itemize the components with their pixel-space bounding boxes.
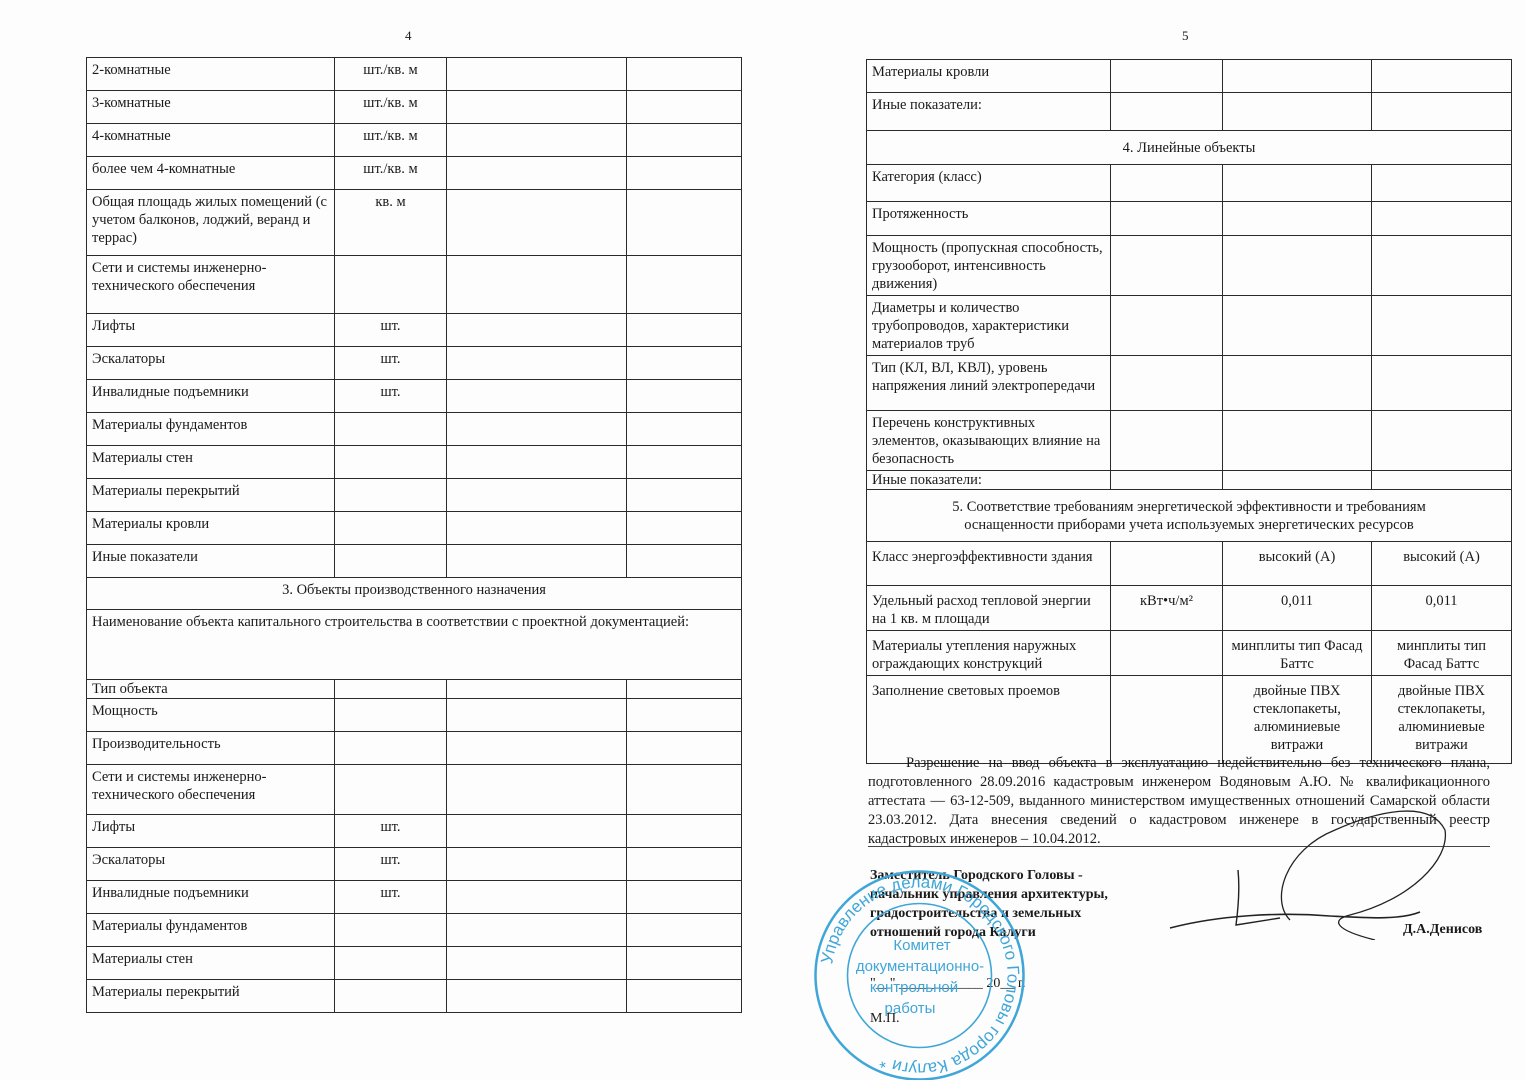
actual-value [627, 947, 742, 980]
actual-value [1372, 296, 1512, 356]
project-value: 0,011 [1223, 586, 1372, 631]
actual-value: высокий (А) [1372, 542, 1512, 586]
project-value [1223, 411, 1372, 471]
svg-text:Комитет: Комитет [893, 937, 950, 954]
project-value [447, 157, 627, 190]
row-unit: шт. [335, 881, 447, 914]
row-label: Сети и системы инженерно-технического об… [87, 765, 335, 815]
table-row: 3-комнатные шт./кв. м [87, 91, 742, 124]
actual-value [627, 680, 742, 699]
row-label: Инвалидные подъемники [87, 881, 335, 914]
table-row: Иные показатели [87, 545, 742, 578]
table-row: Материалы фундаментов [87, 914, 742, 947]
project-value [447, 848, 627, 881]
row-label: Материалы стен [87, 446, 335, 479]
row-label: Материалы фундаментов [87, 413, 335, 446]
project-value [447, 190, 627, 256]
table-row: Лифты шт. [87, 314, 742, 347]
row-label: Производительность [87, 732, 335, 765]
row-unit: шт./кв. м [335, 157, 447, 190]
table-row: Сети и системы инженерно-технического об… [87, 765, 742, 815]
row-unit: кВт•ч/м² [1111, 586, 1223, 631]
row-unit: шт./кв. м [335, 58, 447, 91]
actual-value [627, 699, 742, 732]
project-value [447, 699, 627, 732]
actual-value [1372, 93, 1512, 131]
actual-value [1372, 202, 1512, 236]
actual-value [627, 347, 742, 380]
actual-value [627, 881, 742, 914]
project-value [447, 256, 627, 314]
project-value [447, 545, 627, 578]
actual-value: двойные ПВХ стеклопакеты, алюминиевые ви… [1372, 676, 1512, 764]
row-label: Тип (КЛ, ВЛ, КВЛ), уровень напряжения ли… [867, 356, 1111, 411]
project-value [447, 479, 627, 512]
actual-value [1372, 356, 1512, 411]
project-value [447, 91, 627, 124]
section-4-title: 4. Линейные объекты [867, 131, 1512, 165]
row-unit [1111, 236, 1223, 296]
section-header-row: 5. Соответствие требованиям энергетическ… [867, 490, 1512, 542]
actual-value [627, 314, 742, 347]
actual-value [627, 980, 742, 1013]
row-unit: шт. [335, 347, 447, 380]
row-unit [335, 914, 447, 947]
actual-value [1372, 60, 1512, 93]
row-unit [1111, 676, 1223, 764]
row-unit [335, 256, 447, 314]
row-unit [1111, 202, 1223, 236]
table-row: Иные показатели: [867, 93, 1512, 131]
table-row: Удельный расход тепловой энергии на 1 кв… [867, 586, 1512, 631]
actual-value [627, 446, 742, 479]
table-row: Материалы кровли [87, 512, 742, 545]
row-label: Удельный расход тепловой энергии на 1 кв… [867, 586, 1111, 631]
project-value [1223, 471, 1372, 490]
section-5-title: 5. Соответствие требованиям энергетическ… [867, 490, 1512, 542]
actual-value [627, 765, 742, 815]
row-unit [335, 947, 447, 980]
row-label: Мощность [87, 699, 335, 732]
table-row: Класс энергоэффективности здания высокий… [867, 542, 1512, 586]
row-label: Заполнение световых проемов [867, 676, 1111, 764]
actual-value [1372, 411, 1512, 471]
table-row: Производительность [87, 732, 742, 765]
section-header-row: 4. Линейные объекты [867, 131, 1512, 165]
row-label: Общая площадь жилых помещений (с учетом … [87, 190, 335, 256]
project-value [1223, 202, 1372, 236]
row-label: Сети и системы инженерно-технического об… [87, 256, 335, 314]
project-value [447, 347, 627, 380]
row-label: Материалы перекрытий [87, 980, 335, 1013]
row-unit [335, 446, 447, 479]
project-value [447, 732, 627, 765]
table-row: Материалы утепления наружных ограждающих… [867, 631, 1512, 676]
table-row: Инвалидные подъемники шт. [87, 380, 742, 413]
project-value: высокий (А) [1223, 542, 1372, 586]
actual-value [1372, 236, 1512, 296]
row-label: более чем 4-комнатные [87, 157, 335, 190]
actual-value [627, 732, 742, 765]
row-unit: шт. [335, 848, 447, 881]
actual-value [627, 58, 742, 91]
project-value [447, 58, 627, 91]
svg-text:документационно-: документационно- [856, 958, 984, 975]
row-unit [335, 980, 447, 1013]
row-unit: шт./кв. м [335, 124, 447, 157]
actual-value [1372, 165, 1512, 202]
table-row: Материалы перекрытий [87, 980, 742, 1013]
page-number: 4 [405, 28, 412, 44]
table-row: Эскалаторы шт. [87, 347, 742, 380]
project-value [447, 380, 627, 413]
table-row: Инвалидные подъемники шт. [87, 881, 742, 914]
actual-value [627, 914, 742, 947]
row-unit [1111, 471, 1223, 490]
row-label: 4-комнатные [87, 124, 335, 157]
row-label: Категория (класс) [867, 165, 1111, 202]
svg-text:работы: работы [885, 1000, 936, 1017]
project-value [447, 765, 627, 815]
project-value [447, 413, 627, 446]
project-value [1223, 93, 1372, 131]
section-header-row: 3. Объекты производственного назначения [87, 578, 742, 610]
row-unit: шт. [335, 815, 447, 848]
table-row: Протяженность [867, 202, 1512, 236]
table-row: Сети и системы инженерно-технического об… [87, 256, 742, 314]
table-row: Материалы стен [87, 947, 742, 980]
project-value [447, 512, 627, 545]
project-value [1223, 165, 1372, 202]
table-row: Диаметры и количество трубопроводов, хар… [867, 296, 1512, 356]
row-label: Лифты [87, 815, 335, 848]
row-unit [1111, 93, 1223, 131]
row-label: Эскалаторы [87, 848, 335, 881]
project-value: минплиты тип Фасад Баттс [1223, 631, 1372, 676]
actual-value [627, 91, 742, 124]
actual-value [627, 256, 742, 314]
row-unit [335, 413, 447, 446]
row-label: 2-комнатные [87, 58, 335, 91]
actual-value [627, 848, 742, 881]
project-value [1223, 236, 1372, 296]
project-value [447, 980, 627, 1013]
actual-value [627, 545, 742, 578]
table-row: более чем 4-комнатные шт./кв. м [87, 157, 742, 190]
row-unit [335, 765, 447, 815]
row-unit [1111, 631, 1223, 676]
row-unit: шт. [335, 314, 447, 347]
table-row: Материалы стен [87, 446, 742, 479]
row-label: Тип объекта [87, 680, 335, 699]
row-unit [1111, 165, 1223, 202]
table-row: Эскалаторы шт. [87, 848, 742, 881]
row-label: Иные показатели [87, 545, 335, 578]
signature-icon [1160, 790, 1460, 940]
table-row: Заполнение световых проемов двойные ПВХ … [867, 676, 1512, 764]
row-unit [335, 699, 447, 732]
project-value [1223, 296, 1372, 356]
actual-value [1372, 471, 1512, 490]
project-value [447, 881, 627, 914]
row-unit [1111, 356, 1223, 411]
table-row: Перечень конструктивных элементов, оказы… [867, 411, 1512, 471]
row-label: Материалы утепления наружных ограждающих… [867, 631, 1111, 676]
svg-text:контрольной: контрольной [870, 979, 958, 996]
table-row: Материалы фундаментов [87, 413, 742, 446]
row-label: Протяженность [867, 202, 1111, 236]
actual-value [627, 512, 742, 545]
row-label: Материалы перекрытий [87, 479, 335, 512]
actual-value [627, 413, 742, 446]
table-row: Категория (класс) [867, 165, 1512, 202]
table-row: Общая площадь жилых помещений (с учетом … [87, 190, 742, 256]
row-unit [335, 680, 447, 699]
row-label: Перечень конструктивных элементов, оказы… [867, 411, 1111, 471]
project-value [447, 446, 627, 479]
project-value [1223, 356, 1372, 411]
actual-value [627, 190, 742, 256]
table-row: Лифты шт. [87, 815, 742, 848]
project-value [447, 680, 627, 699]
row-label: Инвалидные подъемники [87, 380, 335, 413]
table-row: Мощность (пропускная способность, грузоо… [867, 236, 1512, 296]
row-label: Класс энергоэффективности здания [867, 542, 1111, 586]
project-value [447, 914, 627, 947]
row-unit [1111, 542, 1223, 586]
project-value [447, 314, 627, 347]
project-value [447, 815, 627, 848]
row-unit: шт. [335, 380, 447, 413]
actual-value [627, 124, 742, 157]
table-row: 2-комнатные шт./кв. м [87, 58, 742, 91]
right-table: Материалы кровли Иные показатели: 4. Лин… [866, 59, 1512, 764]
project-value [1223, 60, 1372, 93]
table-row: Материалы перекрытий [87, 479, 742, 512]
table-row: Материалы кровли [867, 60, 1512, 93]
row-label: Мощность (пропускная способность, грузоо… [867, 236, 1111, 296]
section-3-title: 3. Объекты производственного назначения [87, 578, 742, 610]
actual-value [627, 479, 742, 512]
row-unit [1111, 411, 1223, 471]
actual-value: 0,011 [1372, 586, 1512, 631]
row-unit: кв. м [335, 190, 447, 256]
row-unit [335, 732, 447, 765]
project-value [447, 124, 627, 157]
row-unit [335, 512, 447, 545]
left-table: 2-комнатные шт./кв. м 3-комнатные шт./кв… [86, 57, 742, 1013]
row-unit [335, 479, 447, 512]
row-label: Эскалаторы [87, 347, 335, 380]
row-unit [1111, 296, 1223, 356]
row-label: Диаметры и количество трубопроводов, хар… [867, 296, 1111, 356]
row-label: Материалы стен [87, 947, 335, 980]
actual-value [627, 380, 742, 413]
row-label: Лифты [87, 314, 335, 347]
table-row: Тип (КЛ, ВЛ, КВЛ), уровень напряжения ли… [867, 356, 1512, 411]
row-label: Иные показатели: [867, 471, 1111, 490]
row-label: Материалы кровли [867, 60, 1111, 93]
row-label: Иные показатели: [867, 93, 1111, 131]
row-unit [1111, 60, 1223, 93]
table-row: 4-комнатные шт./кв. м [87, 124, 742, 157]
table-row: Иные показатели: [867, 471, 1512, 490]
table-row: Тип объекта [87, 680, 742, 699]
project-value [447, 947, 627, 980]
table-row: Наименование объекта капитального строит… [87, 610, 742, 680]
actual-value [627, 815, 742, 848]
stamp-icon: Управление делами Городского Головы горо… [812, 868, 1027, 1080]
project-value: двойные ПВХ стеклопакеты, алюминиевые ви… [1223, 676, 1372, 764]
actual-value [627, 157, 742, 190]
page-number: 5 [1182, 28, 1189, 44]
row-label: Материалы кровли [87, 512, 335, 545]
section-3-name-label: Наименование объекта капитального строит… [87, 610, 742, 680]
table-row: Мощность [87, 699, 742, 732]
row-unit [335, 545, 447, 578]
actual-value: минплиты тип Фасад Баттс [1372, 631, 1512, 676]
row-label: Материалы фундаментов [87, 914, 335, 947]
row-unit: шт./кв. м [335, 91, 447, 124]
row-label: 3-комнатные [87, 91, 335, 124]
